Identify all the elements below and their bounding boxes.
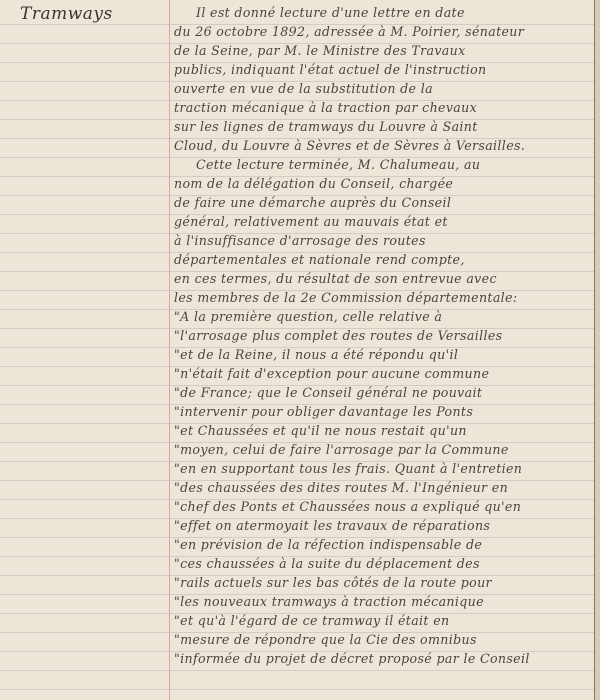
- text-line: "l'arrosage plus complet des routes de V…: [174, 326, 590, 345]
- handwritten-body: Il est donné lecture d'une lettre en dat…: [174, 3, 590, 668]
- margin-heading: Tramways: [20, 4, 113, 24]
- text-line: "et qu'à l'égard de ce tramway il était …: [174, 611, 590, 630]
- text-line: de la Seine, par M. le Ministre des Trav…: [174, 41, 590, 60]
- text-line: traction mécanique à la traction par che…: [174, 98, 590, 117]
- page-edge: [594, 0, 600, 700]
- text-line: publics, indiquant l'état actuel de l'in…: [174, 60, 590, 79]
- text-line: du 26 octobre 1892, adressée à M. Poirie…: [174, 22, 590, 41]
- text-line: "A la première question, celle relative …: [174, 307, 590, 326]
- text-line: "ces chaussées à la suite du déplacement…: [174, 554, 590, 573]
- text-line: "effet on atermoyait les travaux de répa…: [174, 516, 590, 535]
- text-line: "et de la Reine, il nous a été répondu q…: [174, 345, 590, 364]
- text-line: "moyen, celui de faire l'arrosage par la…: [174, 440, 590, 459]
- text-line: les membres de la 2e Commission départem…: [174, 288, 590, 307]
- text-line: Cette lecture terminée, M. Chalumeau, au: [174, 155, 590, 174]
- text-line: sur les lignes de tramways du Louvre à S…: [174, 117, 590, 136]
- text-line: "chef des Ponts et Chaussées nous a expl…: [174, 497, 590, 516]
- text-line: "des chaussées des dites routes M. l'Ing…: [174, 478, 590, 497]
- text-line: "en prévision de la réfection indispensa…: [174, 535, 590, 554]
- text-line: de faire une démarche auprès du Conseil: [174, 193, 590, 212]
- text-line: en ces termes, du résultat de son entrev…: [174, 269, 590, 288]
- text-line: "mesure de répondre que la Cie des omnib…: [174, 630, 590, 649]
- text-line: "et Chaussées et qu'il ne nous restait q…: [174, 421, 590, 440]
- text-line: départementales et nationale rend compte…: [174, 250, 590, 269]
- text-line: "de France; que le Conseil général ne po…: [174, 383, 590, 402]
- text-line: "les nouveaux tramways à traction mécani…: [174, 592, 590, 611]
- text-line: "rails actuels sur les bas côtés de la r…: [174, 573, 590, 592]
- margin-rule: [169, 0, 170, 700]
- text-line: nom de la délégation du Conseil, chargée: [174, 174, 590, 193]
- text-line: "informée du projet de décret proposé pa…: [174, 649, 590, 668]
- text-line: "intervenir pour obliger davantage les P…: [174, 402, 590, 421]
- text-line: à l'insuffisance d'arrosage des routes: [174, 231, 590, 250]
- manuscript-page: Tramways Il est donné lecture d'une lett…: [0, 0, 600, 700]
- text-line: ouverte en vue de la substitution de la: [174, 79, 590, 98]
- text-line: "en en supportant tous les frais. Quant …: [174, 459, 590, 478]
- text-line: Cloud, du Louvre à Sèvres et de Sèvres à…: [174, 136, 590, 155]
- text-line: "n'était fait d'exception pour aucune co…: [174, 364, 590, 383]
- text-line: général, relativement au mauvais état et: [174, 212, 590, 231]
- text-line: Il est donné lecture d'une lettre en dat…: [174, 3, 590, 22]
